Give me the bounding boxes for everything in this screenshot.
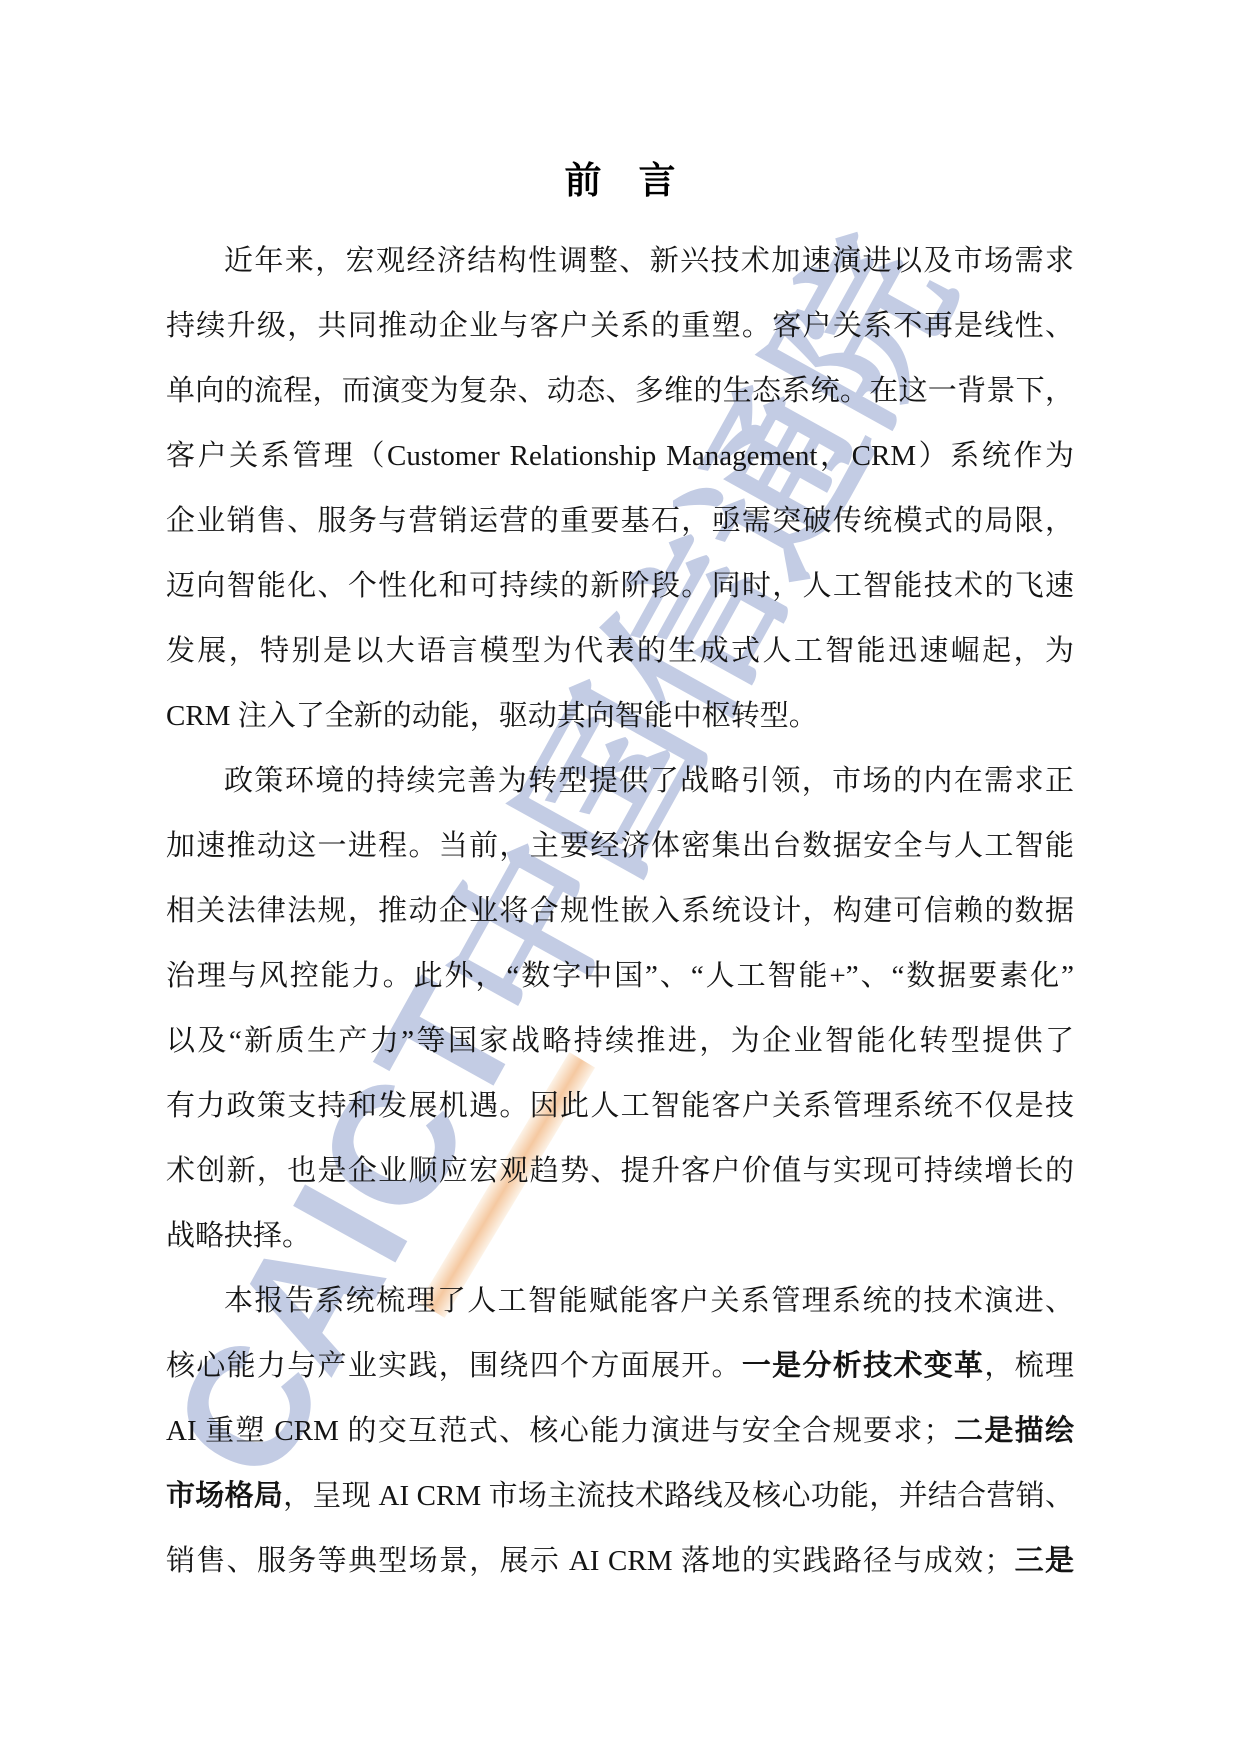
bold-text-run: 二是描绘: [953, 1415, 1074, 1447]
text-line: 加速推动这一进程。当前，主要经济体密集出台数据安全与人工智能: [166, 814, 1074, 879]
text-run: ，呈现 AI CRM 市场主流技术路线及核心功能，并结合营销、: [283, 1480, 1074, 1512]
text-line: 客户关系管理（Customer Relationship Management，…: [166, 424, 1074, 489]
text-run: 战略抉择。: [166, 1220, 311, 1252]
text-line: 治理与风控能力。此外，“数字中国”、“人工智能+”、“数据要素化”: [166, 944, 1074, 1009]
text-run: 术创新，也是企业顺应宏观趋势、提升客户价值与实现可持续增长的: [166, 1155, 1074, 1187]
body-text: 近年来，宏观经济结构性调整、新兴技术加速演进以及市场需求持续升级，共同推动企业与…: [166, 229, 1074, 1594]
text-line: 企业销售、服务与营销运营的重要基石，亟需突破传统模式的局限，: [166, 489, 1074, 554]
text-line: 有力政策支持和发展机遇。因此人工智能客户关系管理系统不仅是技: [166, 1074, 1074, 1139]
paragraph: 近年来，宏观经济结构性调整、新兴技术加速演进以及市场需求持续升级，共同推动企业与…: [166, 229, 1074, 749]
text-line: 持续升级，共同推动企业与客户关系的重塑。客户关系不再是线性、: [166, 294, 1074, 359]
text-run: 政策环境的持续完善为转型提供了战略引领，市场的内在需求正: [224, 765, 1074, 797]
text-run: 加速推动这一进程。当前，主要经济体密集出台数据安全与人工智能: [166, 830, 1074, 862]
text-line: 以及“新质生产力”等国家战略持续推进，为企业智能化转型提供了: [166, 1009, 1074, 1074]
text-run: AI 重塑 CRM 的交互范式、核心能力演进与安全合规要求；: [166, 1415, 953, 1447]
text-line: 政策环境的持续完善为转型提供了战略引领，市场的内在需求正: [166, 749, 1074, 814]
text-line: 市场格局，呈现 AI CRM 市场主流技术路线及核心功能，并结合营销、: [166, 1464, 1074, 1529]
text-line: 销售、服务等典型场景，展示 AI CRM 落地的实践路径与成效；三是: [166, 1529, 1074, 1594]
text-line: 术创新，也是企业顺应宏观趋势、提升客户价值与实现可持续增长的: [166, 1139, 1074, 1204]
text-run: 单向的流程，而演变为复杂、动态、多维的生态系统。在这一背景下，: [166, 375, 1074, 407]
bold-text-run: 一是分析技术变革: [742, 1350, 984, 1382]
text-line: AI 重塑 CRM 的交互范式、核心能力演进与安全合规要求；二是描绘: [166, 1399, 1074, 1464]
text-run: 相关法律法规，推动企业将合规性嵌入系统设计，构建可信赖的数据: [166, 895, 1074, 927]
text-line: 单向的流程，而演变为复杂、动态、多维的生态系统。在这一背景下，: [166, 359, 1074, 424]
text-line: 近年来，宏观经济结构性调整、新兴技术加速演进以及市场需求: [166, 229, 1074, 294]
text-run: 企业销售、服务与营销运营的重要基石，亟需突破传统模式的局限，: [166, 505, 1074, 537]
text-line: 迈向智能化、个性化和可持续的新阶段。同时，人工智能技术的飞速: [166, 554, 1074, 619]
text-run: 迈向智能化、个性化和可持续的新阶段。同时，人工智能技术的飞速: [166, 570, 1074, 602]
paragraph: 政策环境的持续完善为转型提供了战略引领，市场的内在需求正加速推动这一进程。当前，…: [166, 749, 1074, 1269]
text-run: 近年来，宏观经济结构性调整、新兴技术加速演进以及市场需求: [224, 245, 1074, 277]
document-page: CAICT中国信通院 前 言 近年来，宏观经济结构性调整、新兴技术加速演进以及市…: [0, 0, 1240, 1754]
text-run: 销售、服务等典型场景，展示 AI CRM 落地的实践路径与成效；: [166, 1545, 1013, 1577]
text-run: 治理与风控能力。此外，“数字中国”、“人工智能+”、“数据要素化”: [166, 960, 1074, 992]
text-line: 核心能力与产业实践，围绕四个方面展开。一是分析技术变革，梳理: [166, 1334, 1074, 1399]
text-line: 本报告系统梳理了人工智能赋能客户关系管理系统的技术演进、: [166, 1269, 1074, 1334]
page-title: 前 言: [0, 150, 1240, 204]
bold-text-run: 市场格局: [166, 1480, 283, 1512]
text-line: 发展，特别是以大语言模型为代表的生成式人工智能迅速崛起，为: [166, 619, 1074, 684]
text-line: 战略抉择。: [166, 1204, 1074, 1269]
text-line: CRM 注入了全新的动能，驱动其向智能中枢转型。: [166, 684, 1074, 749]
text-run: 本报告系统梳理了人工智能赋能客户关系管理系统的技术演进、: [224, 1285, 1074, 1317]
text-line: 相关法律法规，推动企业将合规性嵌入系统设计，构建可信赖的数据: [166, 879, 1074, 944]
text-run: 发展，特别是以大语言模型为代表的生成式人工智能迅速崛起，为: [166, 635, 1074, 667]
text-run: 持续升级，共同推动企业与客户关系的重塑。客户关系不再是线性、: [166, 310, 1074, 342]
text-run: ，梳理: [984, 1350, 1074, 1382]
text-run: 有力政策支持和发展机遇。因此人工智能客户关系管理系统不仅是技: [166, 1090, 1074, 1122]
text-run: CRM 注入了全新的动能，驱动其向智能中枢转型。: [166, 700, 818, 732]
text-run: 客户关系管理（Customer Relationship Management，…: [166, 440, 1074, 472]
text-run: 核心能力与产业实践，围绕四个方面展开。: [166, 1350, 742, 1382]
paragraph: 本报告系统梳理了人工智能赋能客户关系管理系统的技术演进、核心能力与产业实践，围绕…: [166, 1269, 1074, 1594]
bold-text-run: 三是: [1013, 1545, 1074, 1577]
text-run: 以及“新质生产力”等国家战略持续推进，为企业智能化转型提供了: [166, 1025, 1074, 1057]
